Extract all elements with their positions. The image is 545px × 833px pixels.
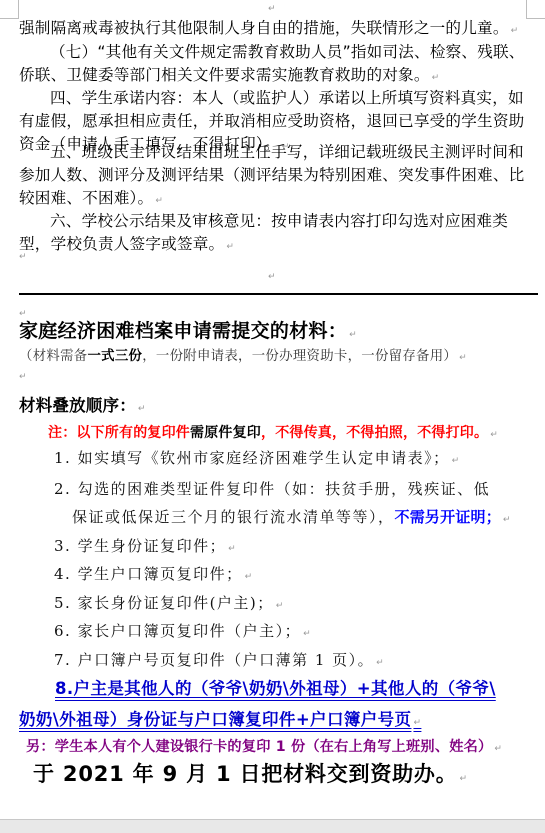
list-item: 4. 学生户口簿页复印件；↵: [54, 563, 531, 589]
list-item: 3. 学生身份证复印件；↵: [54, 535, 531, 561]
horizontal-rule: [19, 293, 538, 295]
deadline-statement: 于 2021 年 9 月 1 日把材料交到资助办。↵: [33, 763, 531, 791]
paragraph-mark-icon: ↵: [503, 515, 512, 525]
paragraph-mark-icon: ↵: [349, 330, 357, 340]
list-item: 1. 如实填写《钦州市家庭经济困难学生认定申请表》；↵: [54, 447, 531, 473]
paragraph-mark-icon: ↵: [459, 353, 467, 363]
text-line: 有虚假，愿承担相应责任，并取消相应受助资格，退回已享受的学生资助: [19, 110, 531, 133]
copies-emphasis: 一式三份: [87, 349, 142, 364]
paragraph-mark-icon: ↵: [460, 774, 468, 784]
page-corner-marker-top-left: [0, 0, 19, 19]
paragraph-mark-icon: ↵: [268, 272, 276, 282]
text-line: （七）“其他有关文件规定需教育救助人员”指如司法、检察、残联、: [19, 41, 531, 64]
paragraph-mark-icon: ↵: [511, 26, 519, 36]
paragraph-mark-icon: ↵: [226, 242, 234, 252]
list-item: 7. 户口簿户号页复印件（户口薄第 1 页）。↵: [54, 649, 531, 675]
materials-heading: 家庭经济困难档案申请需提交的材料：↵: [19, 320, 531, 347]
paragraph-mark-icon: ↵: [303, 629, 312, 639]
list-item: 6. 家长户口簿页复印件（户主）；↵: [54, 620, 531, 646]
text-line: 四、学生承诺内容：本人（或监护人）承诺以上所填写资料真实，如: [19, 87, 531, 110]
list-item: 2. 勾选的困难类型证件复印件（如：扶贫手册，残疾证、低: [54, 478, 531, 501]
list-item: 5. 家长身份证复印件(户主)；↵: [54, 592, 531, 618]
paragraph-mark-icon: ↵: [19, 252, 27, 262]
text-line: 强制隔离戒毒被执行其他限制人身自由的措施，失联情形之一的儿童。↵: [19, 17, 531, 43]
paragraph-mark-icon: ↵: [268, 4, 276, 14]
bank-card-note: 另：学生本人有个人建设银行卡的复印 1 份（在右上角写上班别、姓名）↵: [26, 736, 531, 761]
text-line: 五、班级民主评议结果由班主任手写，详细记载班级民主测评时间和: [19, 141, 531, 164]
text-line: 六、学校公示结果及审核意见：按申请表内容打印勾选对应困难类: [19, 210, 531, 233]
text-line: 型，学校负责人签字或签章。↵: [19, 233, 531, 259]
paragraph-mark-icon: ↵: [494, 744, 502, 754]
paragraph-mark-icon: ↵: [228, 544, 237, 554]
document-page[interactable]: ↵ 强制隔离戒毒被执行其他限制人身自由的措施，失联情形之一的儿童。↵ （七）“其…: [0, 0, 545, 820]
stacking-order-heading: 材料叠放顺序：↵: [19, 394, 531, 421]
paragraph-mark-icon: ↵: [432, 73, 440, 83]
text-line: 参加人数、测评分及测评结果（测评结果为特别困难、突发事件困难、比: [19, 164, 531, 187]
paragraph-mark-icon: ↵: [19, 372, 27, 382]
list-item-8: 8.户主是其他人的（爷爷\奶奶\外祖母）+其他人的（爷爷\: [55, 677, 531, 700]
paragraph-mark-icon: ↵: [19, 309, 27, 319]
paragraph-mark-icon: ↵: [155, 196, 163, 206]
paragraph-mark-icon: ↵: [245, 572, 254, 582]
paragraph-mark-icon: ↵: [413, 718, 421, 728]
list-item: 保证或低保近三个月的银行流水清单等等），不需另开证明；↵: [72, 506, 531, 532]
paragraph-mark-icon: ↵: [138, 404, 146, 414]
paragraph-mark-icon: ↵: [490, 430, 498, 440]
paragraph-mark-icon: ↵: [452, 456, 461, 466]
copy-requirement-note: 注：以下所有的复印件需原件复印，不得传真，不得拍照，不得打印。↵: [48, 422, 531, 447]
no-extra-certificate-note: 不需另开证明；: [395, 508, 501, 526]
paragraph-mark-icon: ↵: [276, 601, 285, 611]
list-item-8-continued: 奶奶\外祖母）身份证与户口簿复印件+户口簿户号页↵: [19, 708, 531, 735]
materials-subtitle: （材料需备一式三份，一份附申请表，一份办理资助卡，一份留存备用）↵: [19, 345, 531, 370]
paragraph-mark-icon: ↵: [376, 658, 385, 668]
